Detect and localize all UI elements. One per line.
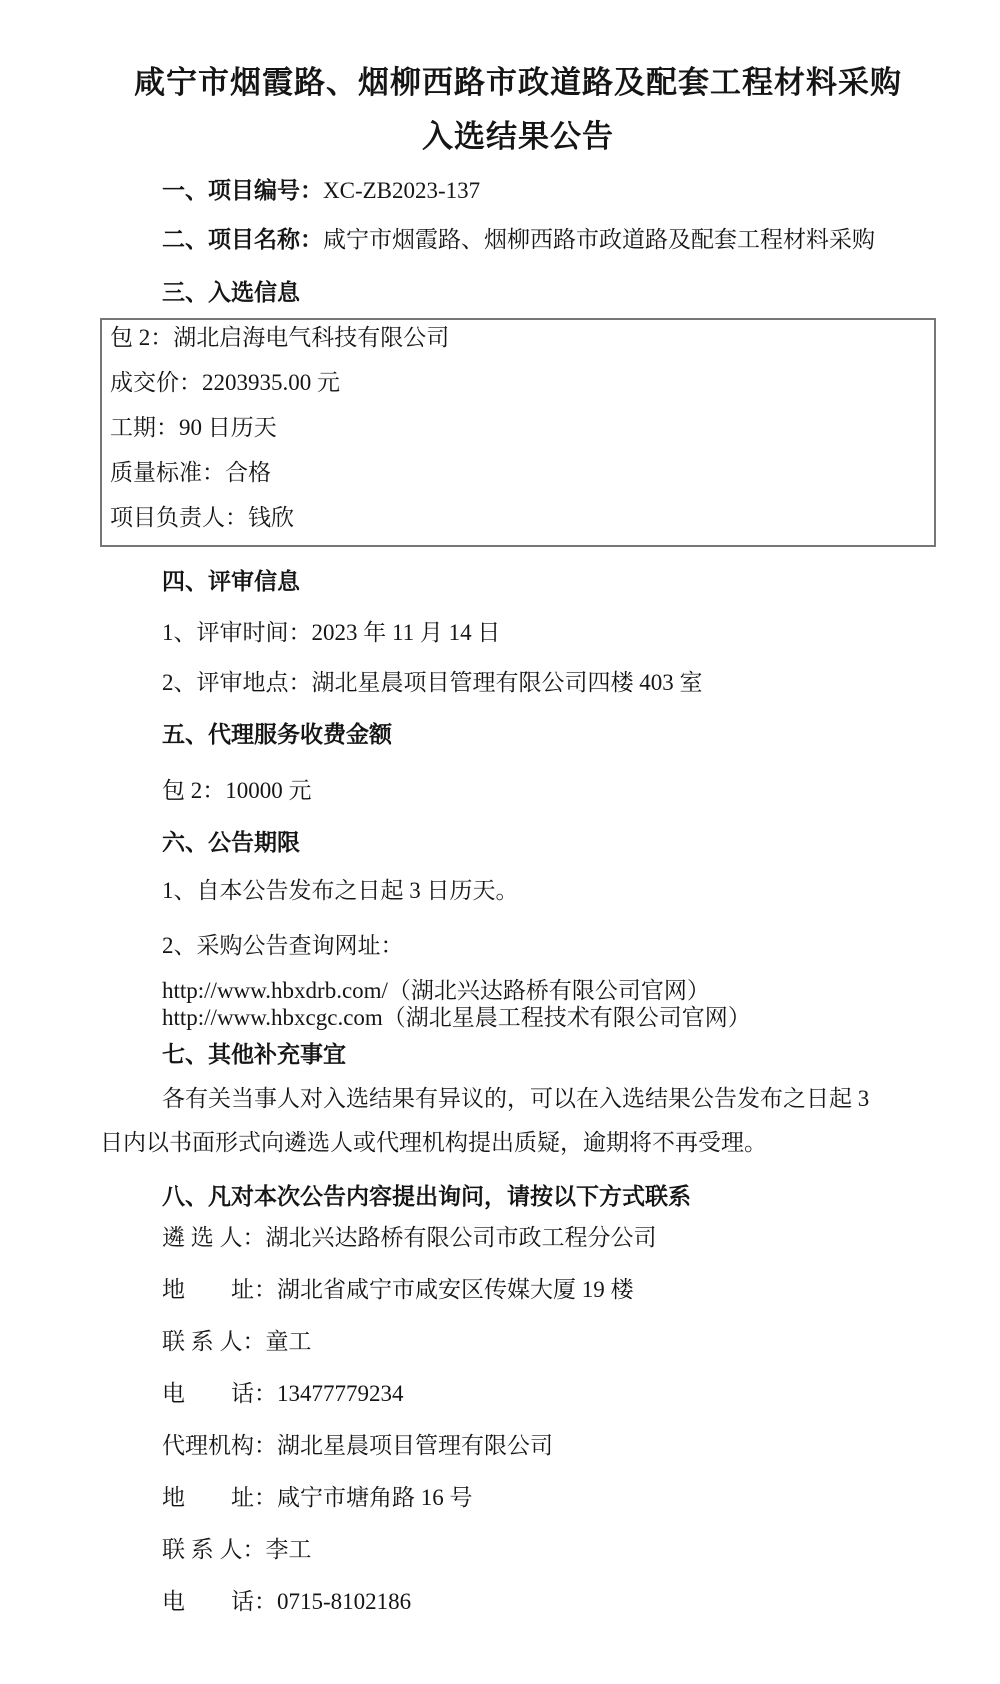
agency-contact-person-line: 联 系 人：李工 [162, 1537, 936, 1563]
announcement-url-list: http://www.hbxdrb.com/（湖北兴达路桥有限公司官网） htt… [100, 977, 936, 1031]
section-heading-review-info: 四、评审信息 [162, 569, 936, 595]
document-title-line1: 咸宁市烟霞路、烟柳西路市政道路及配套工程材料采购 [100, 56, 936, 110]
selector-name-line: 遴 选 人：湖北兴达路桥有限公司市政工程分公司 [162, 1225, 936, 1251]
winner-package-line: 包 2：湖北启海电气科技有限公司 [110, 325, 924, 351]
notice-period-item2: 2、采购公告查询网址： [162, 933, 936, 959]
selector-phone-line: 电 话：13477779234 [162, 1381, 936, 1407]
project-number-value: XC-ZB2023-137 [323, 178, 480, 203]
review-place-line: 2、评审地点：湖北星晨项目管理有限公司四楼 403 室 [162, 670, 936, 696]
deal-price-line: 成交价：2203935.00 元 [110, 370, 924, 396]
project-manager-line: 项目负责人：钱欣 [110, 505, 924, 531]
construction-period-line: 工期：90 日历天 [110, 415, 924, 441]
announcement-url-2: http://www.hbxcgc.com（湖北星晨工程技术有限公司官网） [162, 1004, 936, 1031]
section-heading-supplement: 七、其他补充事宜 [162, 1042, 936, 1068]
section-heading-agency-fee: 五、代理服务收费金额 [162, 722, 936, 748]
agency-phone-line: 电 话：0715-8102186 [162, 1589, 936, 1615]
objection-paragraph-line2: 日内以书面形式向遴选人或代理机构提出质疑，逾期将不再受理。 [100, 1130, 936, 1156]
agency-name-line: 代理机构：湖北星晨项目管理有限公司 [162, 1433, 936, 1459]
announcement-url-1: http://www.hbxdrb.com/（湖北兴达路桥有限公司官网） [162, 977, 936, 1004]
selector-address-line: 地 址：湖北省咸宁市咸安区传媒大厦 19 楼 [162, 1277, 936, 1303]
announcement-document: 咸宁市烟霞路、烟柳西路市政道路及配套工程材料采购 入选结果公告 一、项目编号：X… [0, 0, 1000, 1684]
objection-paragraph-line1: 各有关当事人对入选结果有异议的，可以在入选结果公告发布之日起 3 [162, 1086, 936, 1112]
section-heading-notice-period: 六、公告期限 [162, 830, 936, 856]
project-number-line: 一、项目编号：XC-ZB2023-137 [162, 178, 936, 204]
notice-period-item1: 1、自本公告发布之日起 3 日历天。 [162, 878, 936, 904]
selector-contact-person-line: 联 系 人：童工 [162, 1329, 936, 1355]
project-number-label: 一、项目编号： [162, 178, 323, 203]
review-time-line: 1、评审时间：2023 年 11 月 14 日 [162, 620, 936, 646]
selection-info-box: 包 2：湖北启海电气科技有限公司 成交价：2203935.00 元 工期：90 … [100, 318, 936, 547]
project-name-label: 二、项目名称： [162, 227, 323, 252]
quality-standard-line: 质量标准：合格 [110, 460, 924, 486]
section-heading-selection-info: 三、入选信息 [162, 280, 936, 306]
document-title-line2: 入选结果公告 [100, 110, 936, 164]
agency-address-line: 地 址：咸宁市塘角路 16 号 [162, 1485, 936, 1511]
section-heading-contact: 八、凡对本次公告内容提出询问，请按以下方式联系 [162, 1184, 936, 1210]
agency-fee-line: 包 2：10000 元 [162, 778, 936, 804]
project-name-value: 咸宁市烟霞路、烟柳西路市政道路及配套工程材料采购 [323, 227, 875, 252]
project-name-line: 二、项目名称：咸宁市烟霞路、烟柳西路市政道路及配套工程材料采购 [162, 227, 936, 253]
